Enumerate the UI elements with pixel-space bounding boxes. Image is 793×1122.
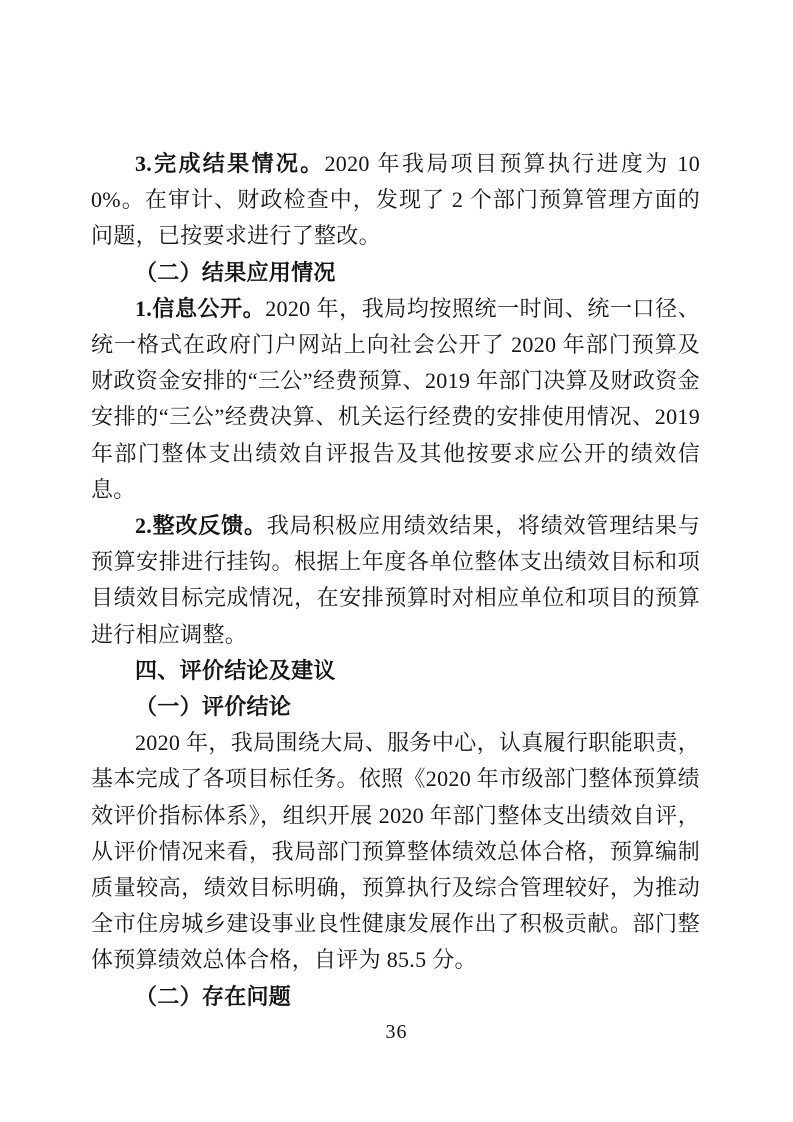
paragraph-evaluation-conclusion-body: 2020 年，我局围绕大局、服务中心，认真履行职能职责，基本完成了各项目标任务。… <box>91 725 700 978</box>
paragraph-lead-bold: 1.信息公开。 <box>135 296 265 321</box>
heading-evaluation-conclusion: （一）评价结论 <box>91 689 700 725</box>
paragraph-completion-results: 3.完成结果情况。2020 年我局项目预算执行进度为 100%。在审计、财政检查… <box>91 146 700 255</box>
heading-existing-problems: （二）存在问题 <box>91 979 700 1015</box>
document-page: 3.完成结果情况。2020 年我局项目预算执行进度为 100%。在审计、财政检查… <box>0 0 793 1122</box>
paragraph-lead-bold: 3.完成结果情况。 <box>135 151 325 176</box>
heading-result-application: （二）结果应用情况 <box>91 255 700 291</box>
paragraph-information-disclosure: 1.信息公开。2020 年，我局均按照统一时间、统一口径、统一格式在政府门户网站… <box>91 291 700 508</box>
paragraph-body-text: 2020 年，我局围绕大局、服务中心，认真履行职能职责，基本完成了各项目标任务。… <box>91 730 700 972</box>
heading-section-four-conclusion-suggestions: 四、评价结论及建议 <box>91 653 700 689</box>
paragraph-lead-bold: 2.整改反馈。 <box>135 513 267 538</box>
page-number: 36 <box>0 1018 793 1046</box>
paragraph-rectification-feedback: 2.整改反馈。我局积极应用绩效结果，将绩效管理结果与预算安排进行挂钩。根据上年度… <box>91 508 700 653</box>
paragraph-body-text: 2020 年，我局均按照统一时间、统一口径、统一格式在政府门户网站上向社会公开了… <box>91 296 700 502</box>
document-content: 3.完成结果情况。2020 年我局项目预算执行进度为 100%。在审计、财政检查… <box>91 146 700 1015</box>
